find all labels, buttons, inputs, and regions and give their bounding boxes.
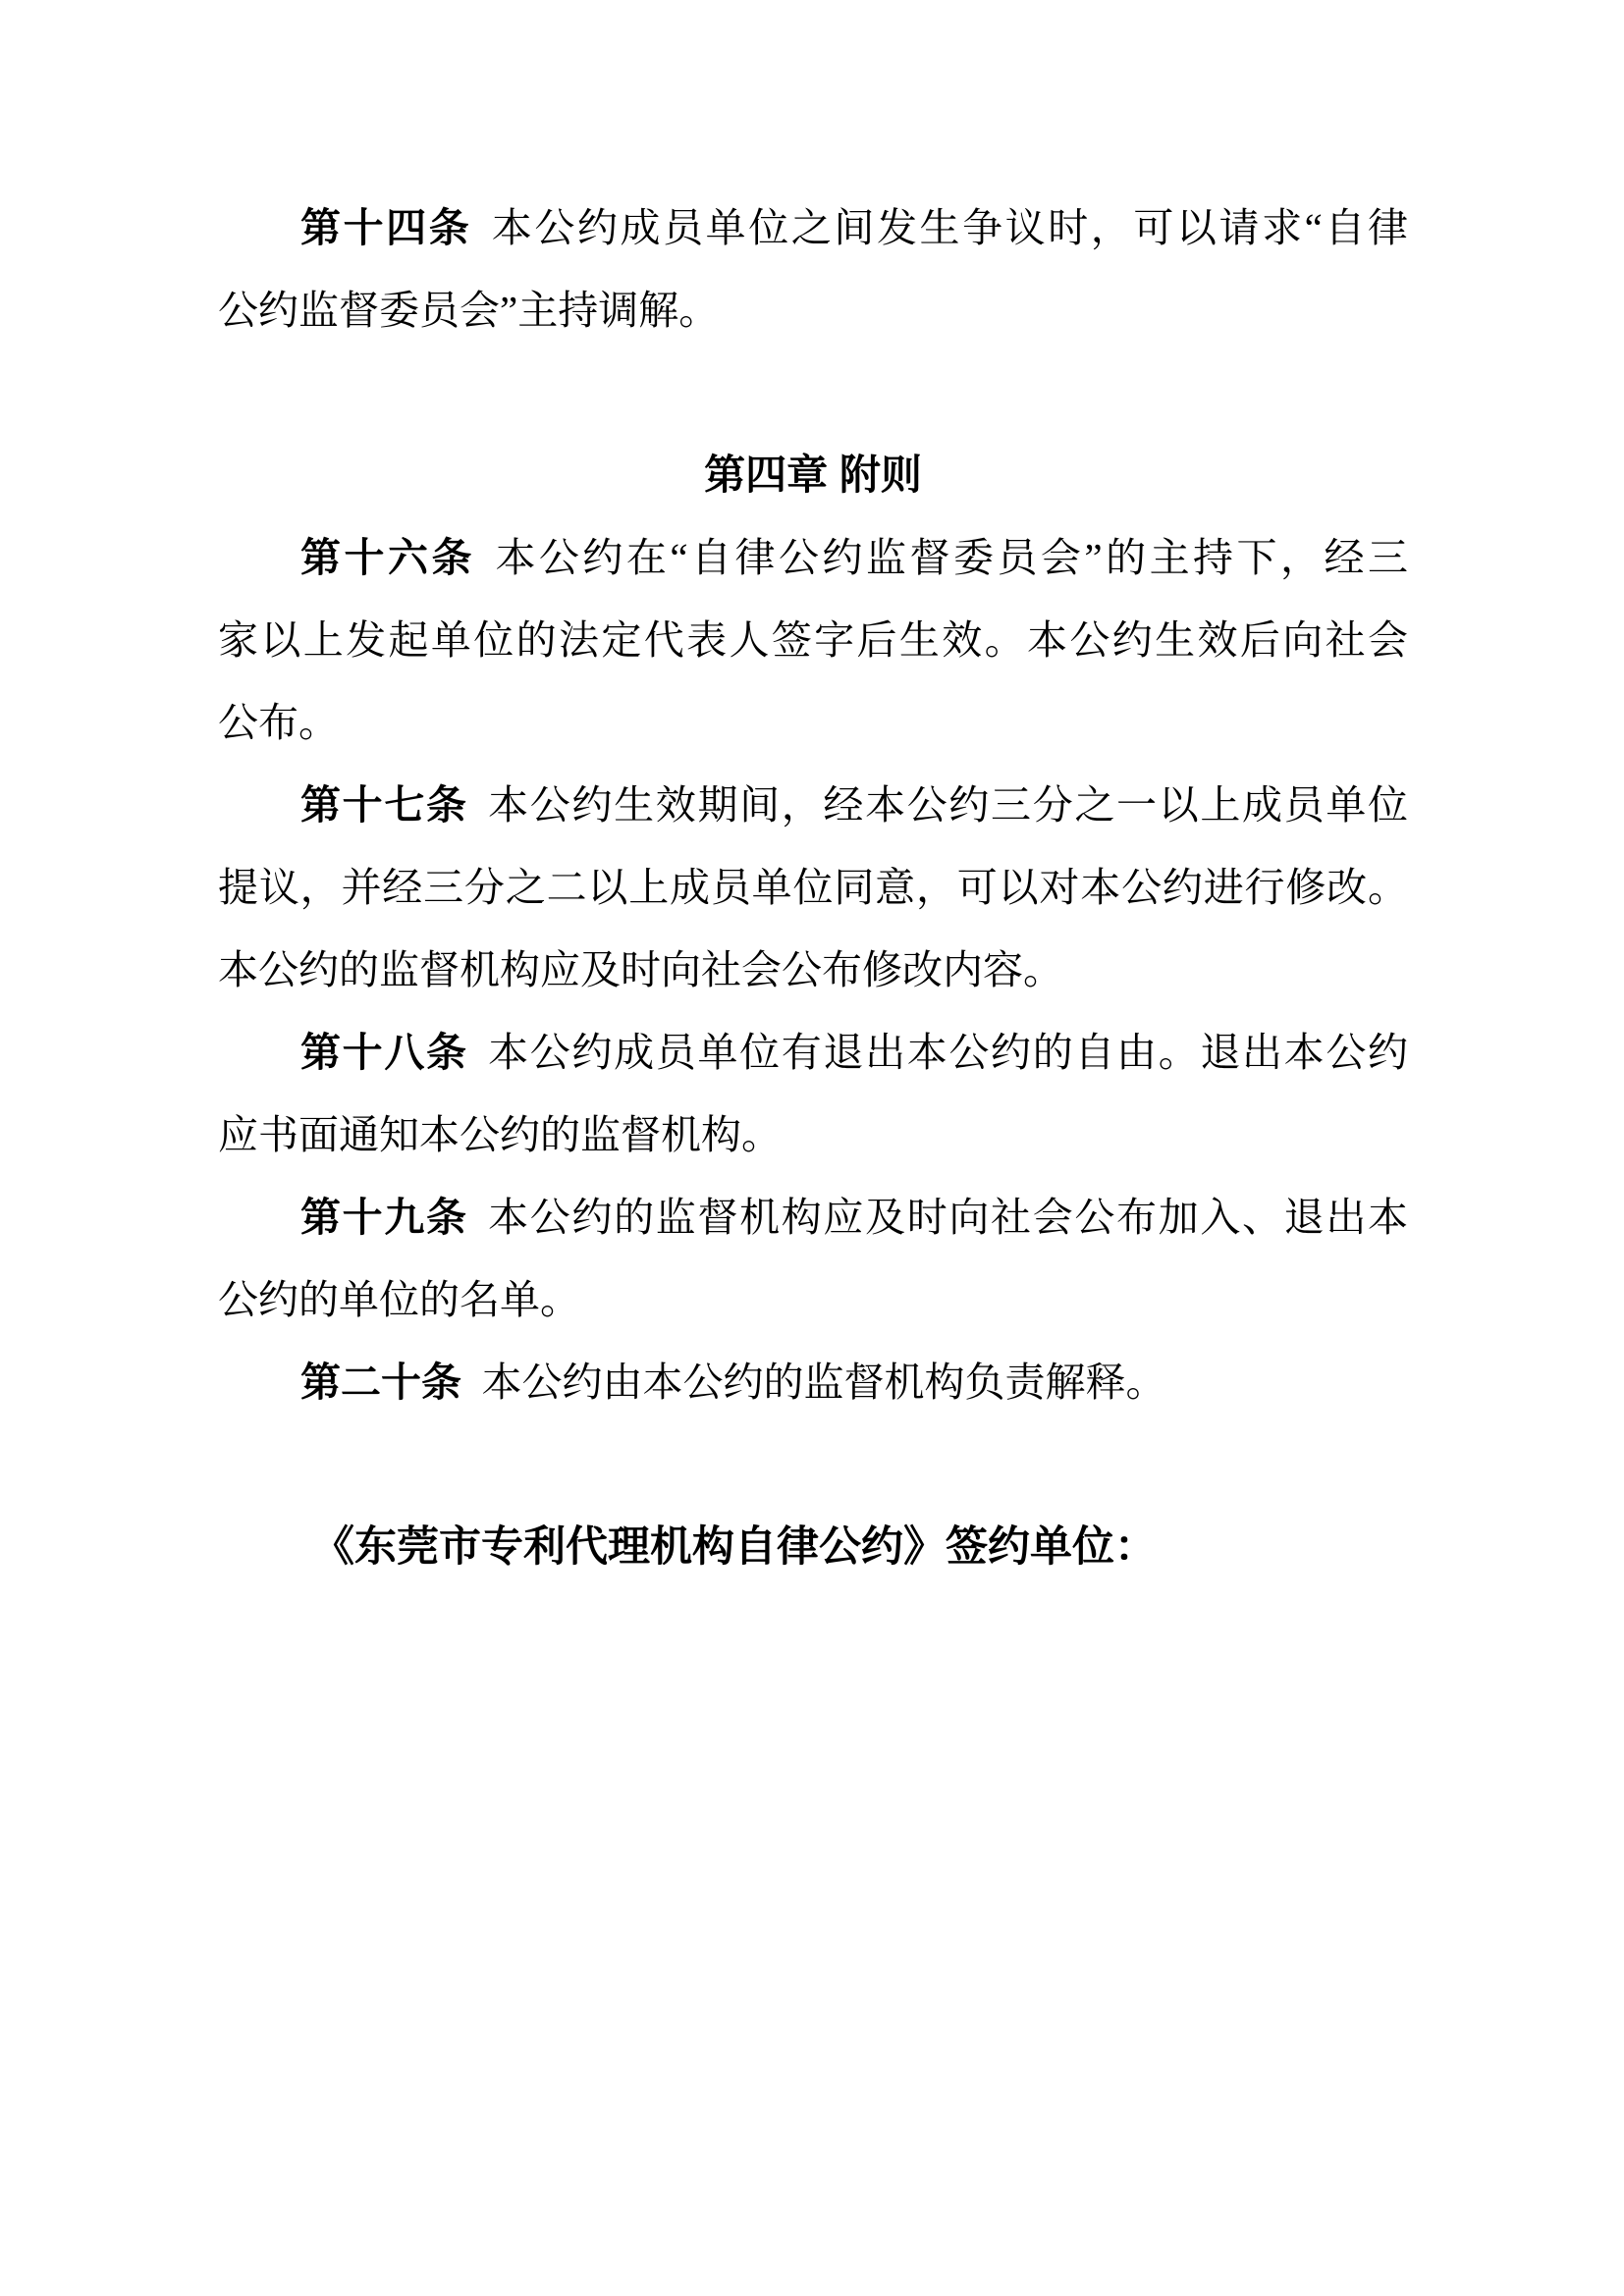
article-number: 第十六条 [300, 535, 475, 580]
document-text-block: 第十四条本公约成员单位之间发生争议时，可以请求“自律公约监督委员会”主持调解。 … [218, 187, 1408, 1588]
article-number: 第十七条 [300, 782, 468, 828]
line-text: 本公约生效期间，经本公约三分之一以上成员单位 [488, 782, 1408, 828]
line-text: 本公约成员单位之间发生争议时，可以请求“自律 [492, 205, 1408, 250]
article-paragraph-line: 提议，并经三分之二以上成员单位同意，可以对本公约进行修改。 [218, 846, 1408, 929]
article-paragraph-line: 公约的单位的名单。 [218, 1258, 1408, 1341]
line-text: 公约的单位的名单。 [218, 1277, 580, 1322]
article-paragraph-line: 第十七条本公约生效期间，经本公约三分之一以上成员单位 [218, 764, 1408, 846]
signoff-line: 《东莞市专利代理机构自律公约》签约单位： [218, 1506, 1408, 1588]
chapter-heading: 第四章 附则 [218, 434, 1408, 516]
line-text: 家以上发起单位的法定代表人签字后生效。本公约生效后向社会 [218, 617, 1408, 663]
line-text: 公布。 [218, 700, 339, 745]
article-paragraph-line: 第十九条本公约的监督机构应及时向社会公布加入、退出本 [218, 1176, 1408, 1258]
blank-line [218, 351, 1408, 434]
line-text: 本公约由本公约的监督机构负责解释。 [482, 1360, 1166, 1405]
document-page: 第十四条本公约成员单位之间发生争议时，可以请求“自律公约监督委员会”主持调解。 … [0, 0, 1624, 2296]
blank-line [218, 1423, 1408, 1506]
article-paragraph-line: 家以上发起单位的法定代表人签字后生效。本公约生效后向社会 [218, 599, 1408, 681]
article-paragraph-line: 第十八条本公约成员单位有退出本公约的自由。退出本公约 [218, 1011, 1408, 1094]
article-number: 第十九条 [300, 1195, 468, 1240]
article-paragraph-line: 本公约的监督机构应及时向社会公布修改内容。 [218, 929, 1408, 1011]
article-number: 第二十条 [300, 1360, 461, 1405]
line-text: 本公约的监督机构应及时向社会公布加入、退出本 [488, 1195, 1408, 1240]
line-text: 公约监督委员会”主持调解。 [218, 288, 719, 333]
line-text: 本公约成员单位有退出本公约的自由。退出本公约 [488, 1030, 1408, 1075]
article-paragraph-line: 第二十条本公约由本公约的监督机构负责解释。 [218, 1341, 1408, 1423]
article-number: 第十四条 [300, 205, 471, 250]
line-text: 本公约的监督机构应及时向社会公布修改内容。 [218, 947, 1063, 992]
article-paragraph-line: 公布。 [218, 681, 1408, 764]
article-number: 第十八条 [300, 1030, 468, 1075]
article-paragraph-line: 第十六条本公约在“自律公约监督委员会”的主持下，经三 [218, 516, 1408, 599]
article-paragraph-line: 第十四条本公约成员单位之间发生争议时，可以请求“自律 [218, 187, 1408, 269]
article-paragraph-line: 公约监督委员会”主持调解。 [218, 269, 1408, 351]
line-text: 提议，并经三分之二以上成员单位同意，可以对本公约进行修改。 [218, 865, 1408, 910]
line-text: 本公约在“自律公约监督委员会”的主持下，经三 [495, 535, 1408, 580]
line-text: 应书面通知本公约的监督机构。 [218, 1112, 782, 1157]
article-paragraph-line: 应书面通知本公约的监督机构。 [218, 1094, 1408, 1176]
